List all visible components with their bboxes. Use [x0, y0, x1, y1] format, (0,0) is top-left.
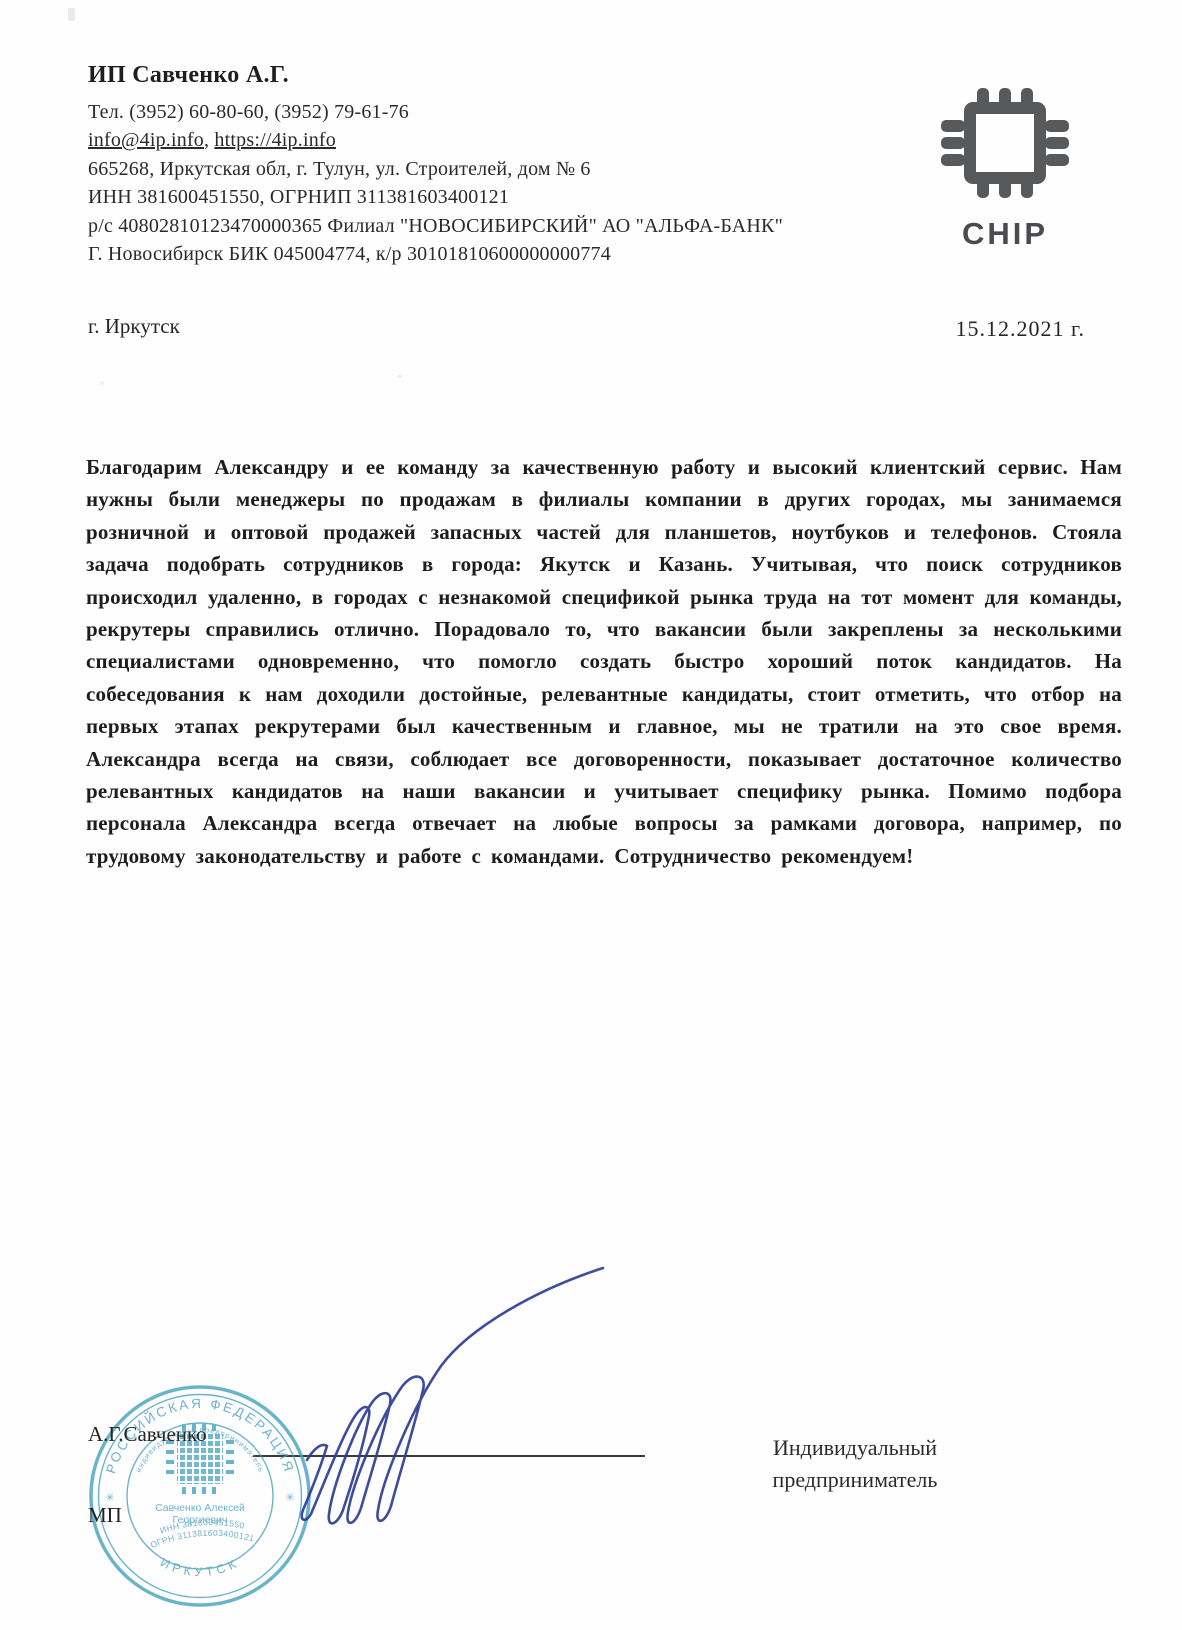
bank-details-line: Г. Новосибирск БИК 045004774, к/р 301018…: [88, 240, 788, 268]
tax-ids-line: ИНН 381600451550, ОГРНИП 311381603400121: [88, 183, 788, 211]
address-line: 665268, Иркутская обл, г. Тулун, ул. Стр…: [88, 155, 788, 183]
letter-date: 15.12.2021 г.: [955, 316, 1085, 342]
handwritten-signature: [255, 1228, 615, 1528]
contacts-line: info@4ip.info, https://4ip.info: [88, 126, 788, 154]
link-separator: ,: [204, 129, 214, 151]
email-link[interactable]: info@4ip.info: [88, 129, 204, 151]
scanned-letter-page: ИП Савченко А.Г. Тел. (3952) 60-80-60, (…: [0, 0, 1182, 1630]
letter-body: Благодарим Александру и ее команду за ка…: [86, 451, 1122, 872]
scan-speck: [68, 8, 75, 21]
signatory-title-line2: предприниматель: [735, 1464, 975, 1496]
signatory-title: Индивидуальный предприниматель: [735, 1432, 975, 1496]
scan-speck: [100, 381, 104, 385]
company-name: ИП Савченко А.Г.: [88, 62, 788, 89]
phone-line: Тел. (3952) 60-80-60, (3952) 79-61-76: [88, 98, 788, 126]
signatory-title-line1: Индивидуальный: [735, 1432, 975, 1464]
logo-wordmark: CHIP: [928, 216, 1082, 252]
bank-account-line: р/с 40802810123470000365 Филиал "НОВОСИБ…: [88, 212, 788, 240]
letter-city: г. Иркутск: [88, 314, 180, 339]
scan-speck: [397, 375, 402, 378]
signatory-name: А.Г.Савченко: [88, 1422, 207, 1447]
company-logo: CHIP: [928, 72, 1082, 252]
chip-icon: [935, 72, 1075, 214]
svg-text:ИРКУТСК: ИРКУТСК: [158, 1555, 242, 1579]
letterhead: ИП Савченко А.Г. Тел. (3952) 60-80-60, (…: [88, 62, 788, 268]
stamp-city-text: ИРКУТСК: [158, 1555, 242, 1579]
seal-placeholder-label: МП: [88, 1503, 122, 1528]
website-link[interactable]: https://4ip.info: [214, 129, 336, 151]
stamp-holder-line1: Савченко Алексей: [155, 1502, 245, 1514]
